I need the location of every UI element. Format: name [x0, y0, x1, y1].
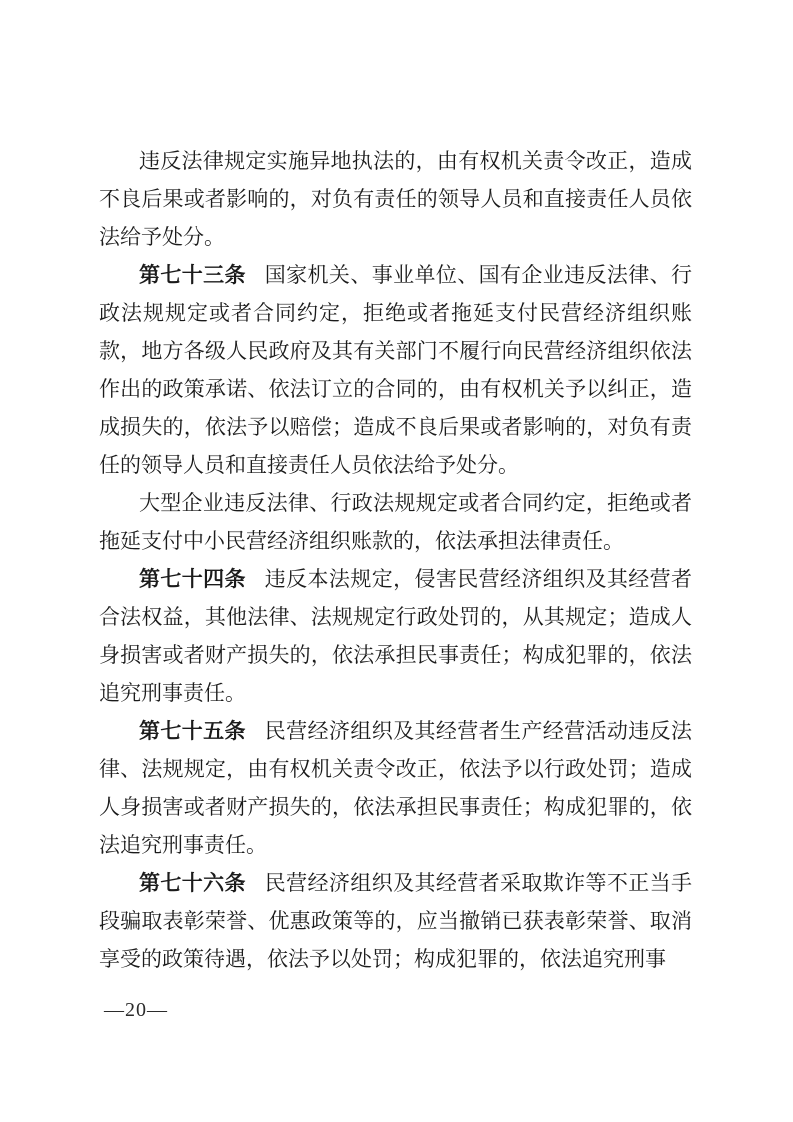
article-number: 第七十五条 — [139, 719, 246, 743]
article-number: 第七十三条 — [139, 263, 246, 287]
article-number: 第七十四条 — [139, 567, 246, 591]
paragraph: 第七十三条国家机关、事业单位、国有企业违反法律、行政法规规定或者合同约定，拒绝或… — [99, 256, 692, 484]
paragraph-text: 国家机关、事业单位、国有企业违反法律、行政法规规定或者合同约定，拒绝或者拖延支付… — [99, 263, 692, 477]
document-page: 违反法律规定实施异地执法的，由有权机关责令改正，造成不良后果或者影响的，对负有责… — [0, 0, 793, 1122]
paragraph: 大型企业违反法律、行政法规规定或者合同约定，拒绝或者拖延支付中小民营经济组织账款… — [99, 484, 692, 560]
paragraph-text: 违反法律规定实施异地执法的，由有权机关责令改正，造成不良后果或者影响的，对负有责… — [99, 149, 692, 249]
paragraph-text: 大型企业违反法律、行政法规规定或者合同约定，拒绝或者拖延支付中小民营经济组织账款… — [99, 491, 692, 553]
document-body: 违反法律规定实施异地执法的，由有权机关责令改正，造成不良后果或者影响的，对负有责… — [99, 142, 692, 978]
article-number: 第七十六条 — [139, 871, 246, 895]
paragraph: 第七十四条违反本法规定，侵害民营经济组织及其经营者合法权益，其他法律、法规规定行… — [99, 560, 692, 712]
paragraph: 违反法律规定实施异地执法的，由有权机关责令改正，造成不良后果或者影响的，对负有责… — [99, 142, 692, 256]
paragraph: 第七十五条民营经济组织及其经营者生产经营活动违反法律、法规规定，由有权机关责令改… — [99, 712, 692, 864]
paragraph: 第七十六条民营经济组织及其经营者采取欺诈等不正当手段骗取表彰荣誉、优惠政策等的，… — [99, 864, 692, 978]
page-number: —20— — [104, 998, 168, 1022]
